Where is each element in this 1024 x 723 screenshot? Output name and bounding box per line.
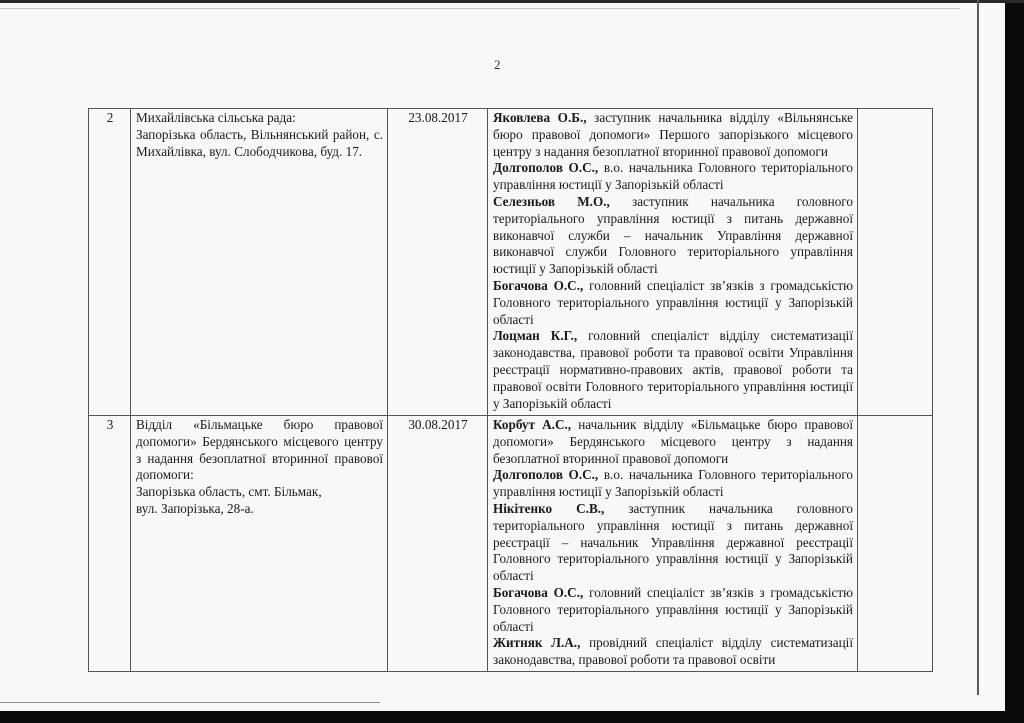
participant: Лоцман К.Г., головний спеціаліст відділу… [493,328,853,412]
participant-name: Долгополов О.С., [493,467,598,482]
participant: Селезньов М.О., заступник начальника гол… [493,194,853,278]
venue-address: Запорізька область, Вільнянський район, … [136,127,383,161]
venue-title: Михайлівська сільська рада: [136,110,383,127]
participant-name: Селезньов М.О., [493,194,610,209]
participants-cell: Корбут А.С., начальник відділу «Більмаць… [488,416,858,672]
participant: Богачова О.С., головний спеціаліст зв’яз… [493,585,853,635]
page-number: 2 [494,57,501,73]
participant-name: Богачова О.С., [493,278,583,293]
notes-cell [858,109,933,416]
scan-margin-line [977,0,979,695]
event-date: 30.08.2017 [388,416,488,672]
venue-title: Відділ «Більмацьке бюро правової допомог… [136,417,383,484]
participants-cell: Яковлева О.Б., заступник начальника відд… [488,109,858,416]
participant: Яковлева О.Б., заступник начальника відд… [493,110,853,160]
event-date: 23.08.2017 [388,109,488,416]
venue-address-line: Запорізька область, смт. Більмак, [136,484,383,501]
participant: Богачова О.С., головний спеціаліст зв’яз… [493,278,853,328]
row-number: 3 [89,416,131,672]
venue-address-line: вул. Запорізька, 28-а. [136,501,383,518]
document-page: 2 2 Михайлівська сільська рада: Запорізь… [0,3,1005,711]
table-row: 2 Михайлівська сільська рада: Запорізька… [89,109,933,416]
participant-name: Житняк Л.А., [493,635,580,650]
schedule-table: 2 Михайлівська сільська рада: Запорізька… [88,108,933,672]
venue-cell: Відділ «Більмацьке бюро правової допомог… [131,416,388,672]
participant: Житняк Л.А., провідний спеціаліст відділ… [493,635,853,669]
participant-name: Богачова О.С., [493,585,583,600]
participant-name: Долгополов О.С., [493,160,598,175]
scan-artifact-line [0,8,960,9]
table-row: 3 Відділ «Більмацьке бюро правової допом… [89,416,933,672]
participant-name: Лоцман К.Г., [493,328,577,343]
participant-name: Корбут А.С., [493,417,571,432]
participant-name: Яковлева О.Б., [493,110,587,125]
participant-name: Нікітенко С.В., [493,501,604,516]
participant: Корбут А.С., начальник відділу «Більмаць… [493,417,853,467]
participant: Долгополов О.С., в.о. начальника Головно… [493,467,853,501]
scan-artifact-line [0,702,380,703]
participant: Нікітенко С.В., заступник начальника гол… [493,501,853,585]
notes-cell [858,416,933,672]
row-number: 2 [89,109,131,416]
participant: Долгополов О.С., в.о. начальника Головно… [493,160,853,194]
venue-cell: Михайлівська сільська рада: Запорізька о… [131,109,388,416]
